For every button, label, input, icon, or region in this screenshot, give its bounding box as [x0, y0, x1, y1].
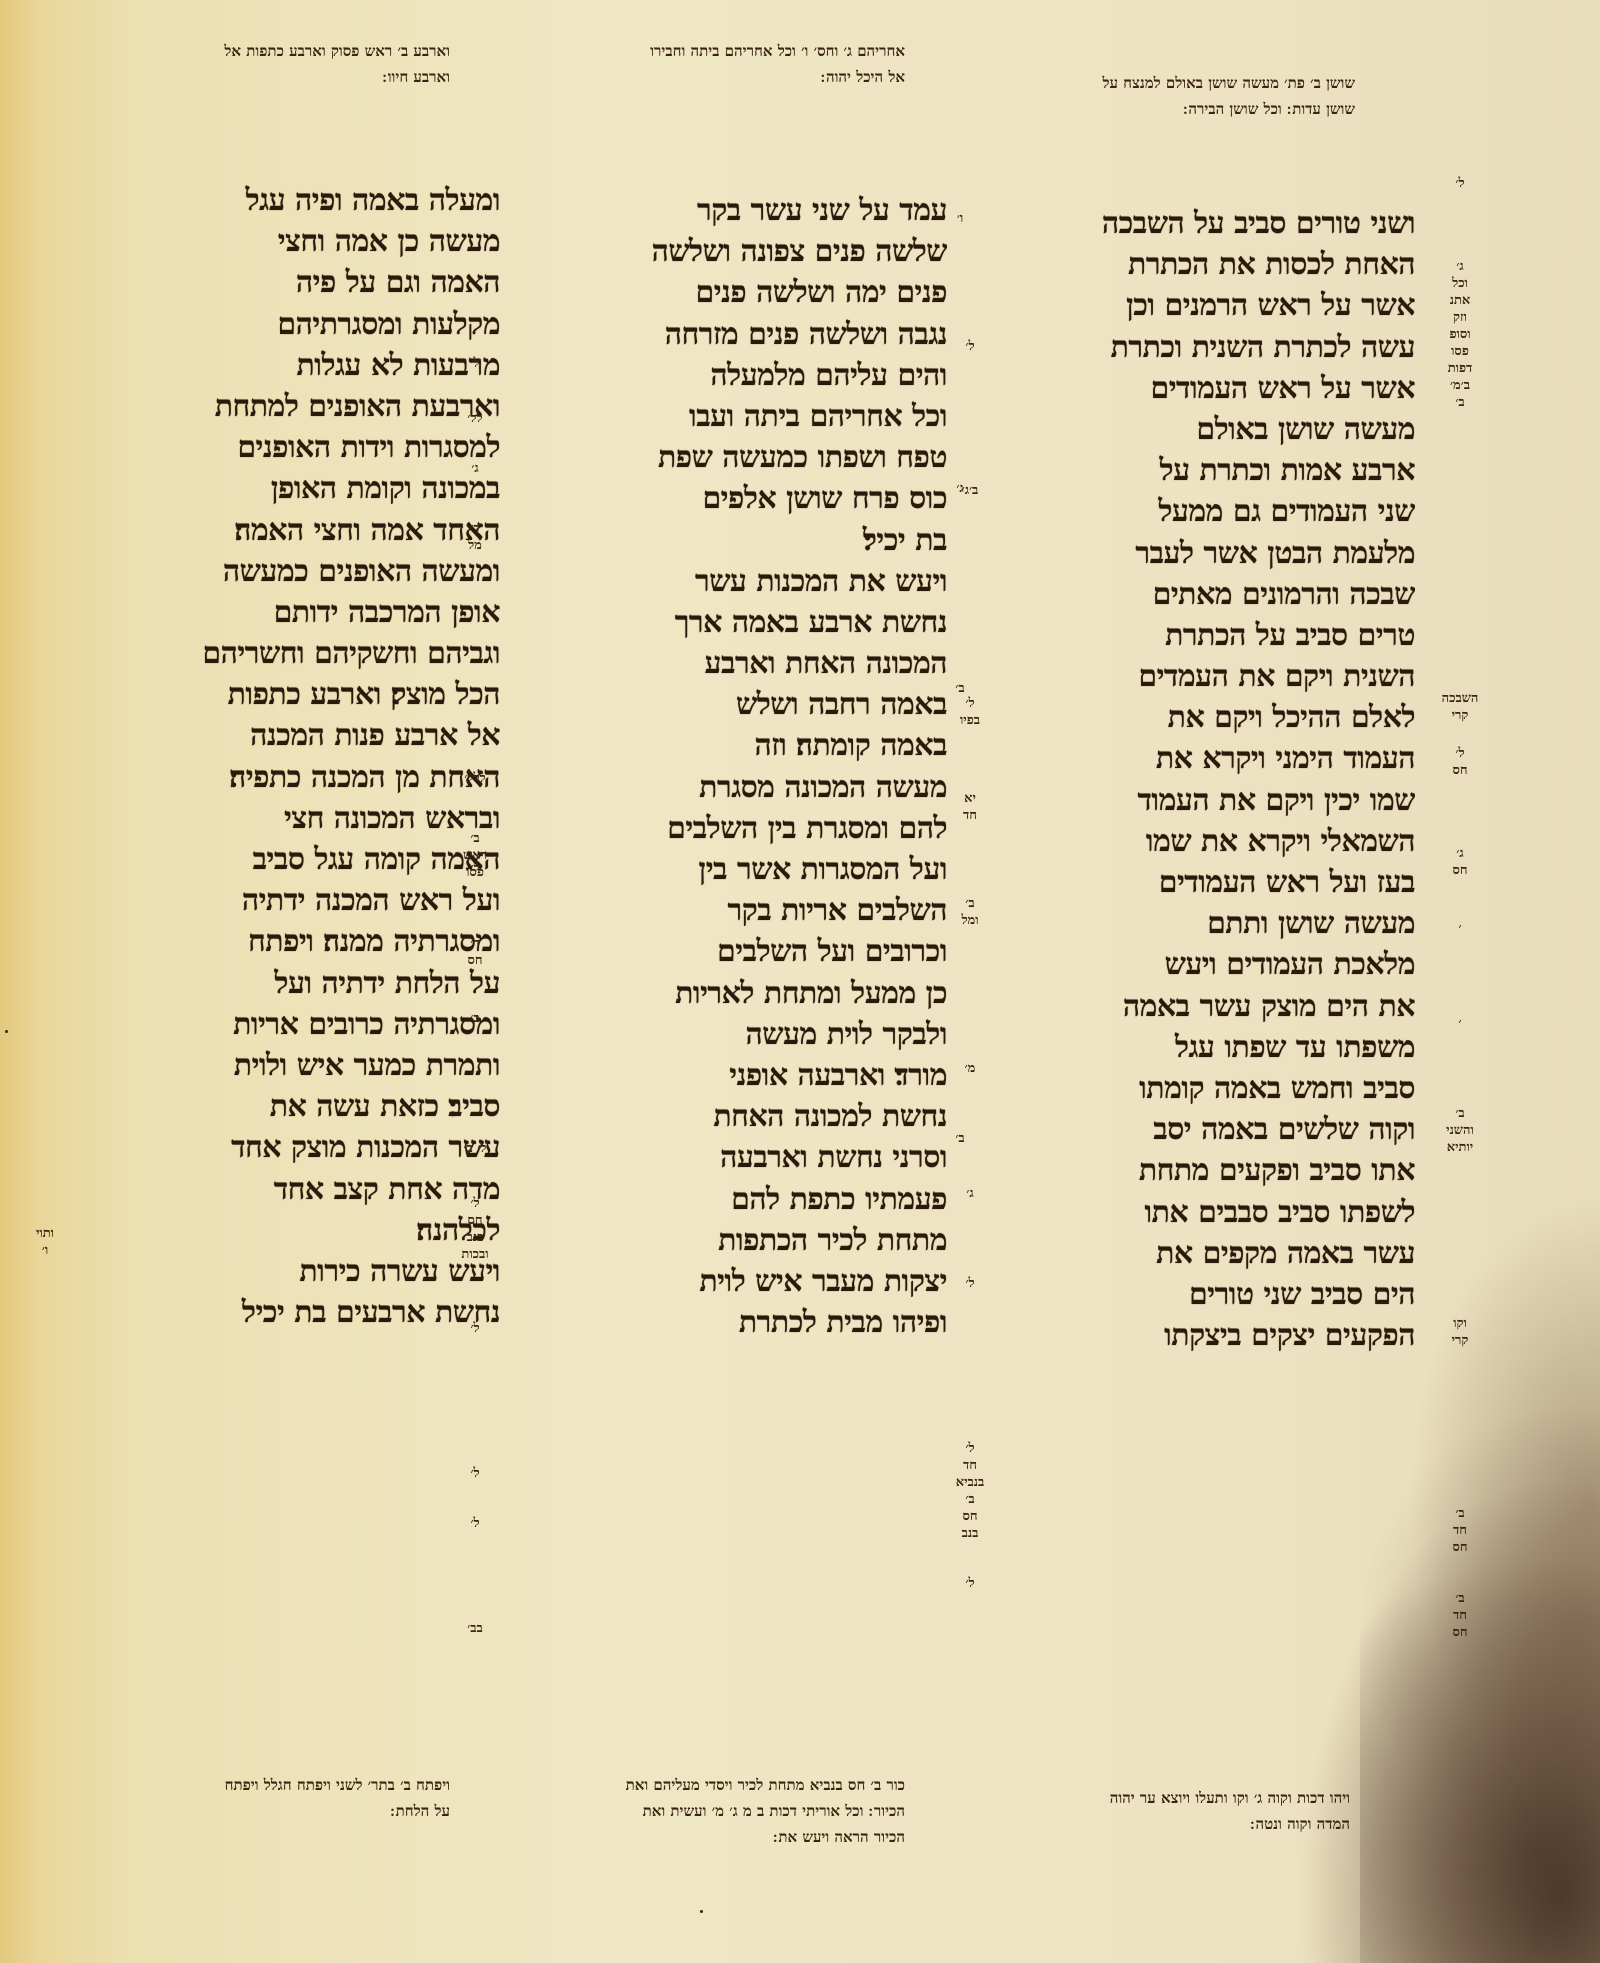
margin-note: ל׳ [440, 860, 510, 877]
text-line: יצקות מעבר איש לוית [537, 1261, 947, 1302]
text-line: נחשת ארבע באמה ארך [537, 602, 947, 643]
margin-note: ל׳ [440, 1465, 510, 1482]
margin-note-line: ׳ [1425, 1015, 1495, 1032]
text-line: בעז ועל ראש העמודים [995, 862, 1415, 903]
text-line: טפח ושפתו כמעשה שפת [537, 437, 947, 478]
text-line: ומעלה באמה ופיה עגל [80, 180, 500, 221]
ink-speck [5, 1030, 8, 1033]
text-line: נחשת למכונה האחת [537, 1096, 947, 1137]
margin-note-line: בנביא [935, 1474, 1005, 1491]
margin-note: ל׳חדבנביאב׳חסבנב [935, 1440, 1005, 1542]
margin-note-line: השבכה [1425, 690, 1495, 707]
text-line: וכל אחריהם ביתה ועבו [537, 396, 947, 437]
margin-note: לל׳ [440, 410, 510, 427]
margin-note: ל׳חסבנבובכות [440, 1195, 510, 1263]
margin-note-line: דפות [1425, 360, 1495, 377]
margin-note: ל׳ [935, 1275, 1005, 1292]
margin-note-line: חד [935, 1457, 1005, 1474]
text-line: האחת מן המכנה כתפיה׃ [80, 757, 500, 798]
margin-note: ג׳ [935, 1185, 1005, 1202]
text-line: לכלהנה׃ [80, 1210, 500, 1251]
text-line: עמד על שני עשר בקר [537, 190, 947, 231]
margin-note: ו׳ [925, 210, 995, 227]
margin-note-line: חס [935, 1508, 1005, 1525]
margin-note-line: ל׳ [440, 1320, 510, 1337]
margin-note: מ׳ [935, 1060, 1005, 1077]
margin-note: ג׳ [440, 460, 510, 477]
text-line: ופיהו מבית לכתרת [537, 1302, 947, 1343]
margin-note-line: חס [1425, 762, 1495, 779]
margin-note-line: קרי [1425, 707, 1495, 724]
masora-line: הכיור ׃ וכל אוריתי דכות ב מ ג׳ מ׳ ועשית … [505, 1798, 905, 1824]
text-line: השלבים אריות בקר [537, 890, 947, 931]
margin-note-line: ב׳ [935, 1491, 1005, 1508]
text-line: וגביהם וחשקיהם וחשריהם [80, 633, 500, 674]
text-line: ובראש המכונה חצי [80, 798, 500, 839]
text-line: המכונה האחת וארבע [537, 643, 947, 684]
margin-note-line: וזק [1425, 309, 1495, 326]
margin-note-line: ל׳ [440, 860, 510, 877]
text-line: במכונה וקומת האופן [80, 468, 500, 509]
text-line: באמה רחבה ושלש [537, 684, 947, 725]
margin-note-line: חס [1425, 862, 1495, 879]
text-line: וקוה שלשים באמה יסב [995, 1109, 1415, 1150]
margin-note-line: ג׳ [1425, 845, 1495, 862]
margin-note-line: יותיא [1425, 1139, 1495, 1156]
margin-note-line: אתנ [1425, 292, 1495, 309]
margin-note-line: ג׳ [440, 460, 510, 477]
masora-line: הכיור הראה ויעש את ׃ [505, 1824, 905, 1850]
text-line: אל ארבע פנות המכנה [80, 715, 500, 756]
text-line: ומסגרתיה ממנה׃ ויפתח [80, 921, 500, 962]
margin-note-line: בנב [440, 1229, 510, 1246]
text-line: מדה אחת קצב אחד [80, 1169, 500, 1210]
margin-note: ל׳ [440, 355, 510, 372]
text-line: למסגרות וידות האופנים [80, 427, 500, 468]
text-line: שני העמודים גם ממעל [995, 491, 1415, 532]
margin-note: ג׳ [925, 480, 995, 497]
margin-note-line: ו׳ [925, 210, 995, 227]
masora-line: ויפתח ב׳ בתר׳ לשני ויפתח חגלל ויפתח [60, 1772, 450, 1798]
text-line: לשפתו סביב סבבים אתו [995, 1192, 1415, 1233]
text-line: וארבעת האופנים למתחת [80, 386, 500, 427]
margin-note-line: ו׳ [10, 1242, 80, 1259]
text-line: מעשה שושן ותתם [995, 903, 1415, 944]
margin-note-line: ל׳ [440, 1465, 510, 1482]
margin-note: ב׳חדחס [1425, 1590, 1495, 1641]
margin-note-line: והשני [1425, 1122, 1495, 1139]
text-line: העמוד הימני ויקרא את [995, 738, 1415, 779]
margin-note-line: חד [1425, 1607, 1495, 1624]
text-line: פנים ימה ושלשה פנים [537, 272, 947, 313]
margin-note-line: ג׳ [925, 480, 995, 497]
text-line: מרבעות לא עגלות [80, 345, 500, 386]
margin-note-line: ד׳ [440, 520, 510, 537]
margin-note-line: ב׳ [440, 830, 510, 847]
text-line: להם ומסגרת בין השלבים [537, 808, 947, 849]
margin-note: ל׳ [1425, 175, 1495, 192]
masora-bottom-left: ויפתח ב׳ בתר׳ לשני ויפתח חגלל ויפתח על ה… [60, 1772, 450, 1824]
margin-note-line: בפיו [935, 712, 1005, 729]
masora-top-middle: אחריהם ג׳ וחס׳ ו׳ וכל אחריהם ביתה וחבירו… [515, 38, 905, 90]
manuscript-page: שושן ב׳ פת׳ מעשה שושן באולם למנצח על שוש… [0, 0, 1600, 1963]
text-line: על הלחת ידתיה ועל [80, 963, 500, 1004]
margin-note-line: מל [440, 537, 510, 554]
text-line: מתחת לכיר הכתפות [537, 1220, 947, 1261]
text-line: עשר באמה מקפים את [995, 1233, 1415, 1274]
masora-top-right: שושן ב׳ פת׳ מעשה שושן באולם למנצח על שוש… [1005, 70, 1355, 122]
margin-note-line: ל׳ [440, 1515, 510, 1532]
margin-note-line: וסופ [1425, 326, 1495, 343]
text-line: מלעמת הבטן אשר לעבר [995, 533, 1415, 574]
margin-note: ב׳ [925, 680, 995, 697]
text-line: עשר המכנות מוצק אחד [80, 1127, 500, 1168]
margin-note: ג׳וכלאתנוזקוסופפסודפותב׳מ׳ב׳ [1425, 258, 1495, 411]
text-line: ומעשה האופנים כמעשה [80, 551, 500, 592]
margin-note-line: ל׳ ב׳ [440, 1140, 510, 1157]
margin-note-line: בנב [935, 1525, 1005, 1542]
margin-note-line: חד [1425, 1522, 1495, 1539]
text-line: אופן המרכבה ידותם [80, 592, 500, 633]
margin-note: ל׳בפיו [935, 695, 1005, 729]
text-line: עשה לכתרת השנית וכתרת [995, 327, 1415, 368]
margin-note-line: ב׳ [925, 680, 995, 697]
text-line: הפקעים יצקים ביצקתו [995, 1315, 1415, 1356]
text-line: אשר על ראש העמודים [995, 368, 1415, 409]
margin-note-line: ל׳ [440, 1195, 510, 1212]
masora-line: על הלחת ׃ [60, 1798, 450, 1824]
margin-note-line: ל׳ [935, 338, 1005, 355]
text-line: ועל המסגרות אשר בין [537, 849, 947, 890]
margin-note: יאחד [935, 790, 1005, 824]
margin-note-line: פסו [1425, 343, 1495, 360]
margin-note-line: לל׳ [440, 410, 510, 427]
text-line: והים עליהם מלמעלה [537, 355, 947, 396]
text-line: ומסגרתיה כרובים אריות [80, 1004, 500, 1045]
masora-line: שושן ב׳ פת׳ מעשה שושן באולם למנצח על [1005, 70, 1355, 96]
text-line: הכל מוצק׃ וארבע כתפות [80, 674, 500, 715]
margin-note-line: ג׳ [1425, 258, 1495, 275]
margin-note: ל׳ [935, 1575, 1005, 1592]
text-line: מלאכת העמודים ויעש [995, 944, 1415, 985]
text-line: אתו סביב ופקעים מתחת [995, 1150, 1415, 1191]
text-line: כן ממעל ומתחת לאריות [537, 973, 947, 1014]
masora-top-left: וארבע ב׳ ראש פסוק וארבע כתפות אל וארבע ח… [60, 38, 450, 90]
margin-note-line: ל׳ [1425, 745, 1495, 762]
margin-note-line: ׳ [1425, 920, 1495, 937]
text-line: מעשה המכונה מסגרת [537, 767, 947, 808]
text-line: טרים סביב על הכתרת [995, 615, 1415, 656]
text-line: את הים מוצק עשר באמה [995, 986, 1415, 1027]
margin-note: ב׳ [440, 1010, 510, 1027]
margin-note-line: ב׳ [440, 1010, 510, 1027]
text-line: בת יכיל׃ [537, 520, 947, 561]
masora-bottom-middle: כור ב׳ חס בנביא מתחת לכיר ויסדי מעליהם ו… [505, 1772, 905, 1850]
margin-note-line: וקו [1425, 1315, 1495, 1332]
text-column-right: ושני טורים סביב על השבכההאחת לכסות את הכ… [995, 203, 1415, 1356]
margin-note: ב׳והשנייותיא [1425, 1105, 1495, 1156]
margin-note-line: מ׳ [935, 1060, 1005, 1077]
margin-note-line: ד׳ [440, 935, 510, 952]
margin-note: ל׳ [935, 338, 1005, 355]
margin-note-line: וכל [1425, 275, 1495, 292]
margin-note: ל׳ [440, 1320, 510, 1337]
margin-note-line: ל׳ [935, 1440, 1005, 1457]
margin-note-line: חס [440, 1212, 510, 1229]
masora-line: ויהו דכות וקוה ג׳ וקו ותעלו ויוצא ער יהו… [1000, 1785, 1350, 1811]
margin-note: ב׳ [925, 1130, 995, 1147]
masora-line: וארבע ב׳ ראש פסוק וארבע כתפות אל [60, 38, 450, 64]
text-line: פעמתיו כתפת להם [537, 1179, 947, 1220]
margin-note: ד׳חס [440, 935, 510, 969]
text-line: מקלעות ומסגרתיהם [80, 304, 500, 345]
margin-note-line: קרי [1425, 1332, 1495, 1349]
text-column-middle: עמד על שני עשר בקרשלשה פנים צפונה ושלשהפ… [537, 190, 947, 1343]
text-line: אשר על ראש הרמנים וכן [995, 285, 1415, 326]
text-line: השנית ויקם את העמדים [995, 656, 1415, 697]
margin-note-line: ב׳ [1425, 394, 1495, 411]
margin-note-line: ב׳מ׳ [1425, 377, 1495, 394]
margin-note-line: ל׳ [935, 695, 1005, 712]
margin-note: ל׳ ב׳ [440, 1140, 510, 1157]
margin-note-line: ג׳ [935, 1185, 1005, 1202]
margin-note-line: ב׳ [925, 1130, 995, 1147]
margin-note-line: ל׳ [935, 1575, 1005, 1592]
text-line: הים סביב שני טורים [995, 1274, 1415, 1315]
text-line: שבכה והרמונים מאתים [995, 574, 1415, 615]
text-line: לאלם ההיכל ויקם את [995, 697, 1415, 738]
text-line: באמה קומתה׃ וזה [537, 725, 947, 766]
text-line: ושני טורים סביב על השבכה [995, 203, 1415, 244]
margin-note: וקוקרי [1425, 1315, 1495, 1349]
margin-note-line: ותוי [10, 1225, 80, 1242]
text-line: ויעש את המכנות עשר [537, 561, 947, 602]
text-line: האמה קומה עגל סביב [80, 839, 500, 880]
text-line: וכרובים ועל השלבים [537, 931, 947, 972]
text-line: ועל ראש המכנה ידתיה [80, 880, 500, 921]
masora-bottom-right: ויהו דכות וקוה ג׳ וקו ותעלו ויוצא ער יהו… [1000, 1785, 1350, 1837]
text-line: ולבקר לוית מעשה [537, 1014, 947, 1055]
text-line: ארבע אמות וכתרת על [995, 450, 1415, 491]
margin-note: ב׳ומל [935, 895, 1005, 929]
margin-note-line: חס [1425, 1539, 1495, 1556]
margin-note-line: ל׳ [1425, 175, 1495, 192]
margin-note-line: חד [935, 807, 1005, 824]
parchment-stain [1360, 1400, 1600, 1963]
text-line: השמאלי ויקרא את שמו [995, 821, 1415, 862]
ink-speck [700, 1910, 703, 1913]
margin-note-line: בב׳ [440, 1620, 510, 1637]
text-line: ויעש עשרה כירות [80, 1251, 500, 1292]
margin-note-line: ב׳ [935, 895, 1005, 912]
text-line: כוס פרח שושן אלפים [537, 478, 947, 519]
margin-note-line: ל׳ [935, 1275, 1005, 1292]
masora-line: אחריהם ג׳ וחס׳ ו׳ וכל אחריהם ביתה וחבירו [515, 38, 905, 64]
text-line: נגבה ושלשה פנים מזרחה [537, 314, 947, 355]
margin-note-line: ל׳ [440, 355, 510, 372]
margin-note: ׳ [1425, 920, 1495, 937]
margin-note-line: ב׳ [1425, 1505, 1495, 1522]
text-line: האמה וגם על פיה [80, 262, 500, 303]
text-line: משפתו עד שפתו עגל [995, 1027, 1415, 1068]
margin-note: השבכהקרי [1425, 690, 1495, 724]
margin-note-line: ב׳ [1425, 1105, 1495, 1122]
text-line: האחד אמה וחצי האמה׃ [80, 510, 500, 551]
text-line: ותמרת כמער איש ולוית [80, 1045, 500, 1086]
margin-note-line: יא [935, 790, 1005, 807]
margin-note-line: חס [440, 952, 510, 969]
text-line: שלשה פנים צפונה ושלשה [537, 231, 947, 272]
margin-note-line: ב׳ [1425, 1590, 1495, 1607]
masora-line: המדה וקוה ונטה ׃ [1000, 1811, 1350, 1837]
masora-line: וארבע חיוו ׃ [60, 64, 450, 90]
text-line: שמו יכין ויקם את העמוד [995, 780, 1415, 821]
margin-note-line: ללל׳ [440, 770, 510, 787]
margin-note: ללל׳ [440, 770, 510, 787]
text-line: סביב׃ כזאת עשה את [80, 1086, 500, 1127]
text-line: וסרני נחשת וארבעה [537, 1137, 947, 1178]
masora-line: אל היכל יהוה ׃ [515, 64, 905, 90]
text-line: האחת לכסות את הכתרת [995, 244, 1415, 285]
margin-note-line: ובכות [440, 1246, 510, 1263]
masora-line: שושן עדות ׃ וכל שושן הבירה ׃ [1005, 96, 1355, 122]
margin-note: ב׳חדחס [1425, 1505, 1495, 1556]
text-line: מעשה כן אמה וחצי [80, 221, 500, 262]
text-line: מורד׃ וארבעה אופני [537, 1055, 947, 1096]
margin-note: ׳ [1425, 1015, 1495, 1032]
text-line: מעשה שושן באולם [995, 409, 1415, 450]
text-line: סביב וחמש באמה קומתו [995, 1068, 1415, 1109]
margin-note: בב׳ [440, 1620, 510, 1637]
margin-note: ג׳חס [1425, 845, 1495, 879]
margin-note: ל׳ [440, 1515, 510, 1532]
text-line: נחשת ארבעים בת יכיל [80, 1292, 500, 1333]
margin-note-line: חס [1425, 1624, 1495, 1641]
margin-note-line: ומל [935, 912, 1005, 929]
masora-line: כור ב׳ חס בנביא מתחת לכיר ויסדי מעליהם ו… [505, 1772, 905, 1798]
margin-note: ל׳חס [1425, 745, 1495, 779]
margin-note: ד׳מל [440, 520, 510, 554]
margin-note: ותויו׳ [10, 1225, 80, 1259]
text-column-left: ומעלה באמה ופיה עגלמעשה כן אמה וחציהאמה … [80, 180, 500, 1333]
